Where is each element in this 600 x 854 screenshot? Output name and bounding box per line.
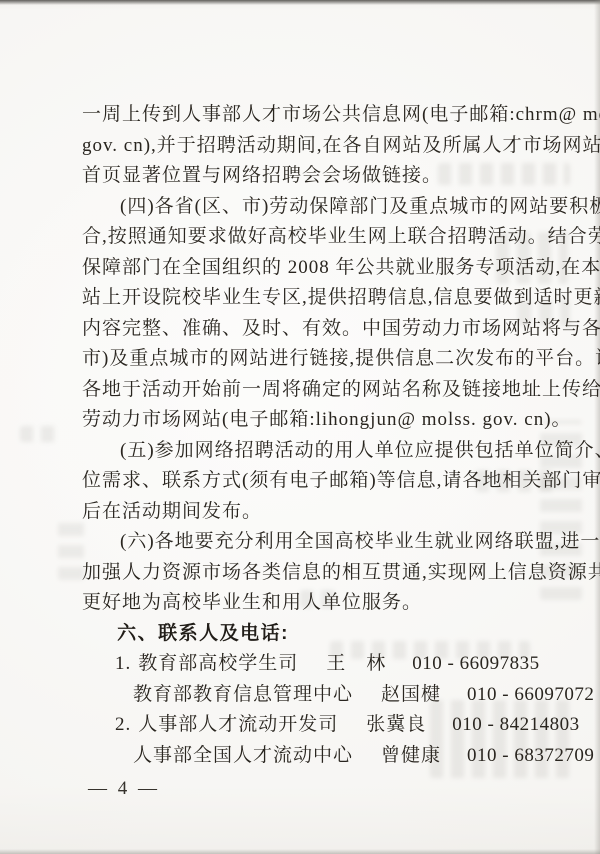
contact-org: 人事部全国人才流动中心 <box>133 741 353 772</box>
contact-person: 赵国楗 <box>381 680 441 711</box>
contact-org: 教育部教育信息管理中心 <box>133 680 353 711</box>
contact-org: 教育部高校学生司 <box>138 649 298 680</box>
body-line: 站上开设院校毕业生专区,提供招聘信息,信息要做到适时更新, <box>82 283 518 314</box>
body-line-item-6-start: (六)各地要充分利用全国高校毕业生就业网络联盟,进一步 <box>82 527 518 558</box>
contact-org: 人事部人才流动开发司 <box>138 710 338 741</box>
contact-phone: 010 - 68372709 <box>467 741 594 772</box>
body-line: 各地于活动开始前一周将确定的网站名称及链接地址上传给中国 <box>82 375 518 406</box>
body-line: 保障部门在全国组织的 2008 年公共就业服务专项活动,在本地网 <box>82 253 518 284</box>
contact-phone: 010 - 66097835 <box>412 649 539 680</box>
body-line: 内容完整、准确、及时、有效。中国劳动力市场网站将与各省(区、 <box>82 314 518 345</box>
body-line: 市)及重点城市的网站进行链接,提供信息二次发布的平台。请 <box>82 344 518 375</box>
scanned-document-page: 一周上传到人事部人才市场公共信息网(电子邮箱:chrm@ mop. gov. c… <box>0 0 600 854</box>
body-line: 加强人力资源市场各类信息的相互贯通,实现网上信息资源共享, <box>82 558 518 589</box>
contact-person: 曾健康 <box>381 741 441 772</box>
body-line-item-5-start: (五)参加网络招聘活动的用人单位应提供包括单位简介、岗 <box>82 436 518 467</box>
body-line: 位需求、联系方式(须有电子邮箱)等信息,请各地相关部门审核 <box>82 466 518 497</box>
body-line: gov. cn),并于招聘活动期间,在各自网站及所属人才市场网站的 <box>82 131 518 162</box>
contact-row: 教育部教育信息管理中心 赵国楗 010 - 66097072 <box>82 680 518 711</box>
contact-index: 1. <box>115 649 131 680</box>
body-line: 更好地为高校毕业生和用人单位服务。 <box>82 588 518 619</box>
page-number: — 4 — <box>88 774 518 805</box>
body-line: 一周上传到人事部人才市场公共信息网(电子邮箱:chrm@ mop. <box>82 100 518 131</box>
contact-phone: 010 - 66097072 <box>467 680 594 711</box>
body-line: 首页显著位置与网络招聘会会场做链接。 <box>82 161 518 192</box>
document-body: 一周上传到人事部人才市场公共信息网(电子邮箱:chrm@ mop. gov. c… <box>0 0 600 805</box>
body-line-item-4-start: (四)各省(区、市)劳动保障部门及重点城市的网站要积极配 <box>82 192 518 223</box>
contact-person: 王 林 <box>326 649 386 680</box>
contact-phone: 010 - 84214803 <box>452 710 579 741</box>
body-line: 合,按照通知要求做好高校毕业生网上联合招聘活动。结合劳动 <box>82 222 518 253</box>
contact-index: 2. <box>115 710 131 741</box>
contact-row: 人事部全国人才流动中心 曾健康 010 - 68372709 <box>82 741 518 772</box>
scan-bottom-edge-shadow <box>0 849 600 854</box>
section-heading-contacts: 六、联系人及电话: <box>82 619 518 650</box>
contact-person: 张冀良 <box>366 710 426 741</box>
contact-row: 2. 人事部人才流动开发司 张冀良 010 - 84214803 <box>82 710 518 741</box>
body-line: 后在活动期间发布。 <box>82 497 518 528</box>
contact-row: 1. 教育部高校学生司 王 林 010 - 66097835 <box>82 649 518 680</box>
body-line: 劳动力市场网站(电子邮箱:lihongjun@ molss. gov. cn)。 <box>82 405 518 436</box>
